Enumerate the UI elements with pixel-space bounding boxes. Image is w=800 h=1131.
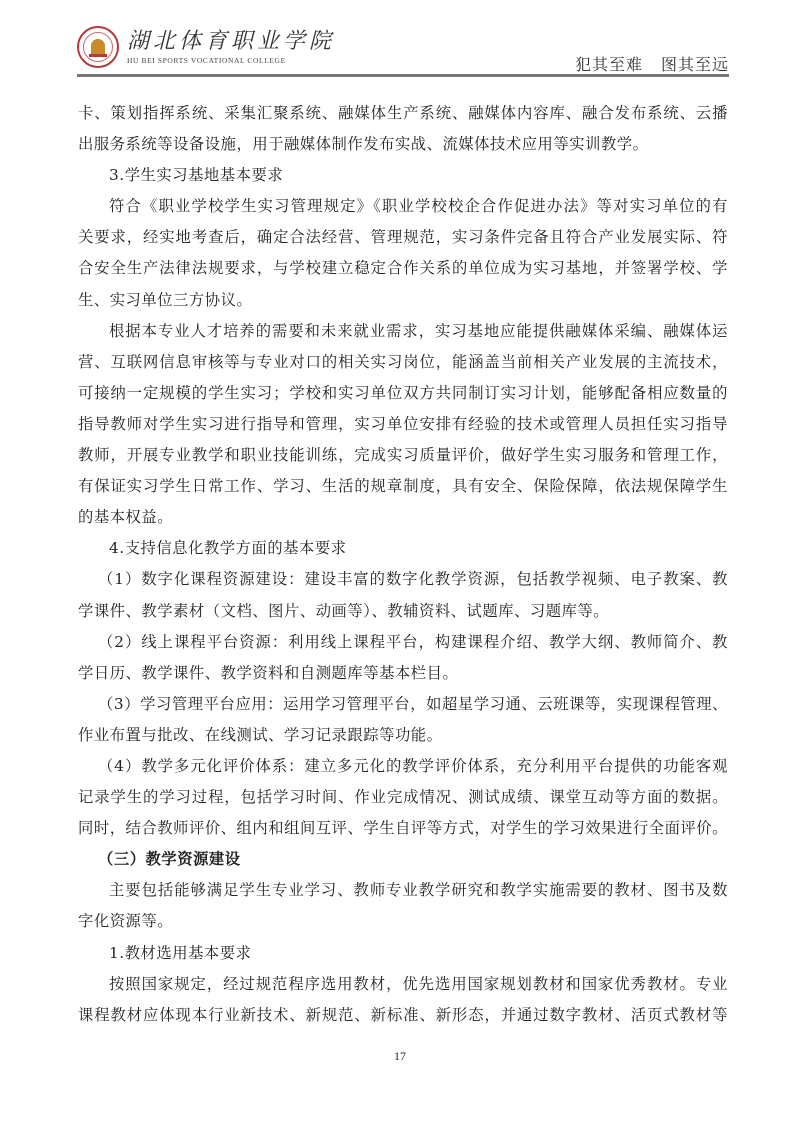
text-line: 的基本权益。	[78, 502, 728, 533]
section-heading: （三）教学资源建设	[78, 844, 728, 875]
text-line: 卡、策划指挥系统、采集汇聚系统、融媒体生产系统、融媒体内容库、融合发布系统、云播	[78, 98, 728, 129]
header-divider	[77, 74, 729, 77]
text-line: 作业布置与批改、在线测试、学习记录跟踪等功能。	[78, 720, 728, 751]
motto-part-1: 犯其至难	[575, 55, 643, 74]
text-line: （2）线上课程平台资源：利用线上课程平台，构建课程介绍、教学大纲、教师简介、教	[78, 627, 728, 658]
text-line: （3）学习管理平台应用：运用学习管理平台，如超星学习通、云班课等，实现课程管理、	[78, 689, 728, 720]
text-line: 3.学生实习基地基本要求	[78, 160, 728, 191]
college-name-en: HU BEI SPORTS VOCATIONAL COLLEGE	[127, 56, 335, 65]
text-line: 关要求，经实地考查后，确定合法经营、管理规范，实习条件完备且符合产业发展实际、符	[78, 222, 728, 253]
text-line: 学日历、教学课件、教学资料和自测题库等基本栏目。	[78, 658, 728, 689]
text-line: 记录学生的学习过程，包括学习时间、作业完成情况、测试成绩、课堂互动等方面的数据。	[78, 782, 728, 813]
page-number: 17	[0, 1049, 800, 1064]
text-line: 学课件、教学素材（文档、图片、动画等）、教辅资料、试题库、习题库等。	[78, 596, 728, 627]
college-name: 湖北体育职业学院 HU BEI SPORTS VOCATIONAL COLLEG…	[127, 29, 335, 65]
text-line: （1）数字化课程资源建设：建设丰富的数字化教学资源，包括教学视频、电子教案、教	[78, 564, 728, 595]
text-line: 营、互联网信息审核等与专业对口的相关实习岗位，能涵盖当前相关产业发展的主流技术，	[78, 347, 728, 378]
text-line: 4.支持信息化教学方面的基本要求	[78, 533, 728, 564]
text-line: 教师，开展专业教学和职业技能训练，完成实习质量评价，做好学生实习服务和管理工作，	[78, 440, 728, 471]
text-line: （4）教学多元化评价体系：建立多元化的教学评价体系，充分利用平台提供的功能客观	[78, 751, 728, 782]
text-line: 生、实习单位三方协议。	[78, 285, 728, 316]
text-line: 出服务系统等设备设施，用于融媒体制作发布实战、流媒体技术应用等实训教学。	[78, 129, 728, 160]
text-line: 课程教材应体现本行业新技术、新规范、新标准、新形态，并通过数字教材、活页式教材等	[78, 1000, 728, 1031]
text-line: 1.教材选用基本要求	[78, 938, 728, 969]
text-line: 指导教师对学生实习进行指导和管理，实习单位安排有经验的技术或管理人员担任实习指导	[78, 409, 728, 440]
college-seal-icon	[77, 26, 119, 68]
motto-part-2: 图其至远	[661, 55, 729, 74]
text-line: 可接纳一定规模的学生实习；学校和实习单位双方共同制订实习计划，能够配备相应数量的	[78, 378, 728, 409]
college-motto: 犯其至难图其至远	[575, 52, 729, 75]
text-line: 同时，结合教师评价、组内和组间互评、学生自评等方式，对学生的学习效果进行全面评价…	[78, 813, 728, 844]
page-header: 湖北体育职业学院 HU BEI SPORTS VOCATIONAL COLLEG…	[77, 22, 729, 77]
text-line: 符合《职业学校学生实习管理规定》《职业学校校企合作促进办法》等对实习单位的有	[78, 191, 728, 222]
text-line: 合安全生产法律法规要求，与学校建立稳定合作关系的单位成为实习基地，并签署学校、学	[78, 253, 728, 284]
text-line: 主要包括能够满足学生专业学习、教师专业教学研究和教学实施需要的教材、图书及数	[78, 875, 728, 906]
college-name-cn: 湖北体育职业学院	[127, 29, 335, 55]
text-line: 根据本专业人才培养的需要和未来就业需求，实习基地应能提供融媒体采编、融媒体运	[78, 316, 728, 347]
document-body: 卡、策划指挥系统、采集汇聚系统、融媒体生产系统、融媒体内容库、融合发布系统、云播…	[78, 98, 728, 1031]
text-line: 按照国家规定，经过规范程序选用教材，优先选用国家规划教材和国家优秀教材。专业	[78, 969, 728, 1000]
text-line: 字化资源等。	[78, 906, 728, 937]
text-line: 有保证实习学生日常工作、学习、生活的规章制度，具有安全、保险保障，依法规保障学生	[78, 471, 728, 502]
college-logo: 湖北体育职业学院 HU BEI SPORTS VOCATIONAL COLLEG…	[77, 26, 335, 68]
